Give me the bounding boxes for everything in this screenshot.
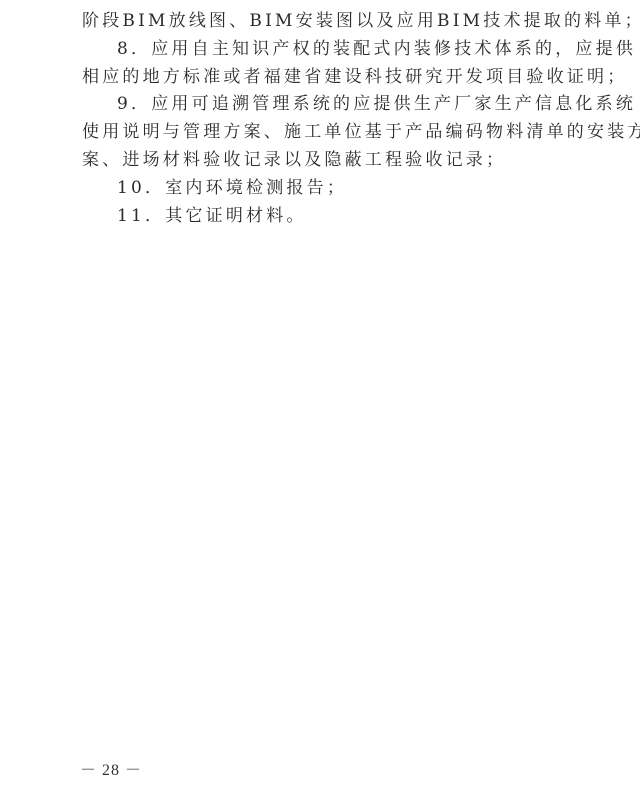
paragraph-line-continuation: 阶段BIM放线图、BIM安装图以及应用BIM技术提取的料单； — [82, 8, 560, 36]
list-item-9-continuation-2: 案、进场材料验收记录以及隐蔽工程验收记录； — [82, 147, 560, 175]
list-item-9-continuation-1: 使用说明与管理方案、施工单位基于产品编码物料清单的安装方 — [82, 119, 560, 147]
document-body: 阶段BIM放线图、BIM安装图以及应用BIM技术提取的料单； 8．应用自主知识产… — [82, 8, 560, 230]
document-page: 阶段BIM放线图、BIM安装图以及应用BIM技术提取的料单； 8．应用自主知识产… — [0, 0, 640, 789]
list-item-9: 9．应用可追溯管理系统的应提供生产厂家生产信息化系统 — [82, 91, 560, 119]
page-number: － 28 － — [80, 757, 142, 780]
list-item-11: 11．其它证明材料。 — [82, 203, 560, 231]
list-item-8-continuation: 相应的地方标准或者福建省建设科技研究开发项目验收证明； — [82, 64, 560, 92]
list-item-10: 10．室内环境检测报告； — [82, 175, 560, 203]
list-item-8: 8．应用自主知识产权的装配式内装修技术体系的，应提供 — [82, 36, 560, 64]
